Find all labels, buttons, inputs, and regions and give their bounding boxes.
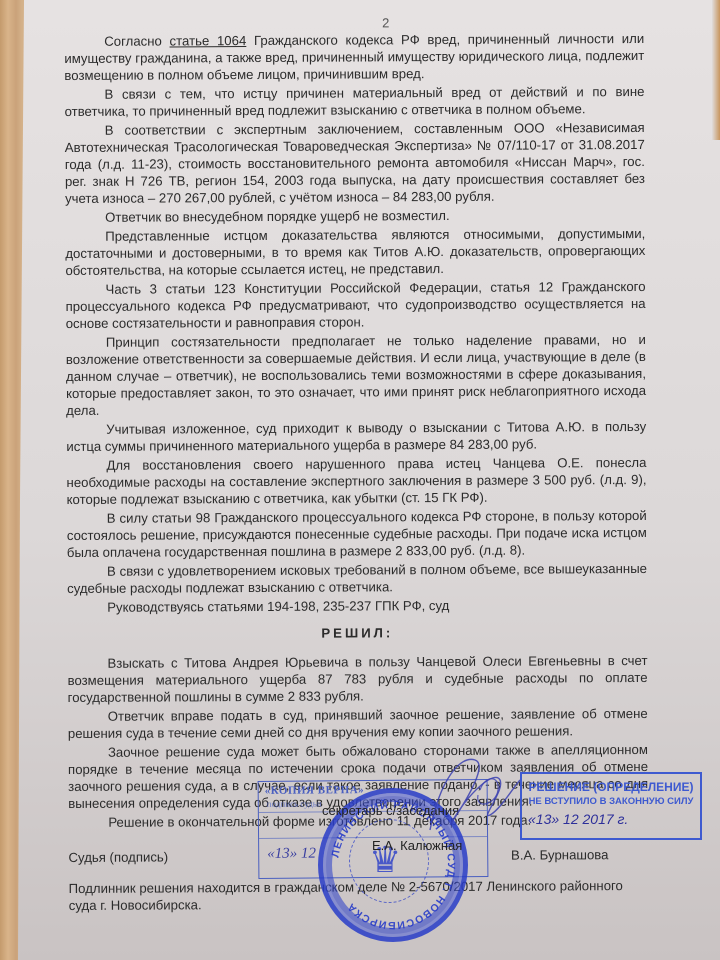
paragraph-9: Для восстановления своего нарушенного пр… (66, 454, 646, 508)
not-in-force-stamp: РЕШЕНИЕ (ОПРЕДЕЛЕНИЕ) НЕ ВСТУПИЛО В ЗАКО… (520, 772, 702, 840)
stamp-date: «13» 12 2017 г. (522, 811, 700, 827)
article-link[interactable]: статье 1064 (169, 33, 246, 48)
paragraph-1: Согласно статье 1064 Гражданского кодекс… (64, 30, 644, 84)
table-edge (712, 0, 720, 140)
paragraph-7: Принцип состязательности предполагает не… (66, 331, 646, 419)
paragraph-6: Часть 3 статьи 123 Конституции Российско… (65, 278, 645, 332)
paragraph-3: В соответствии с экспертным заключением,… (65, 119, 645, 207)
paragraph-12: Руководствуясь статьями 194-198, 235-237… (67, 596, 647, 616)
paragraph-2: В связи с тем, что истцу причинен матери… (64, 83, 644, 120)
copy-stamp-subtitle: подпись судьи (267, 798, 322, 808)
copy-stamp-date: «13» 12 (267, 845, 316, 862)
paragraph-11: В связи с удовлетворением исковых требов… (67, 560, 647, 597)
decision-2: Ответчик вправе подать в суд, принявший … (68, 705, 648, 742)
stamp-line-1: РЕШЕНИЕ (ОПРЕДЕЛЕНИЕ) (522, 780, 700, 794)
decision-1: Взыскать с Титова Андрея Юрьевича в поль… (67, 652, 647, 706)
paragraph-4: Ответчик во внесудебном порядке ущерб не… (65, 206, 645, 226)
paragraph-text: Согласно (104, 33, 169, 48)
paragraph-5: Представленные истцом доказательства явл… (65, 225, 645, 279)
handwritten-signature-icon (420, 750, 530, 840)
judge-label: Судья (подпись) (68, 848, 168, 866)
stamp-line-2: НЕ ВСТУПИЛО В ЗАКОННУЮ СИЛУ (522, 796, 700, 807)
secretary-name: Е.А. Калюжная (372, 838, 462, 853)
paragraph-8: Учитывая изложенное, суд приходит к выво… (66, 418, 646, 455)
page-number: 2 (382, 14, 389, 31)
paragraph-10: В силу статьи 98 Гражданского процессуал… (67, 507, 647, 561)
decision-title: РЕШИЛ: (67, 623, 647, 643)
judge-name: В.А. Бурнашова (511, 846, 609, 864)
